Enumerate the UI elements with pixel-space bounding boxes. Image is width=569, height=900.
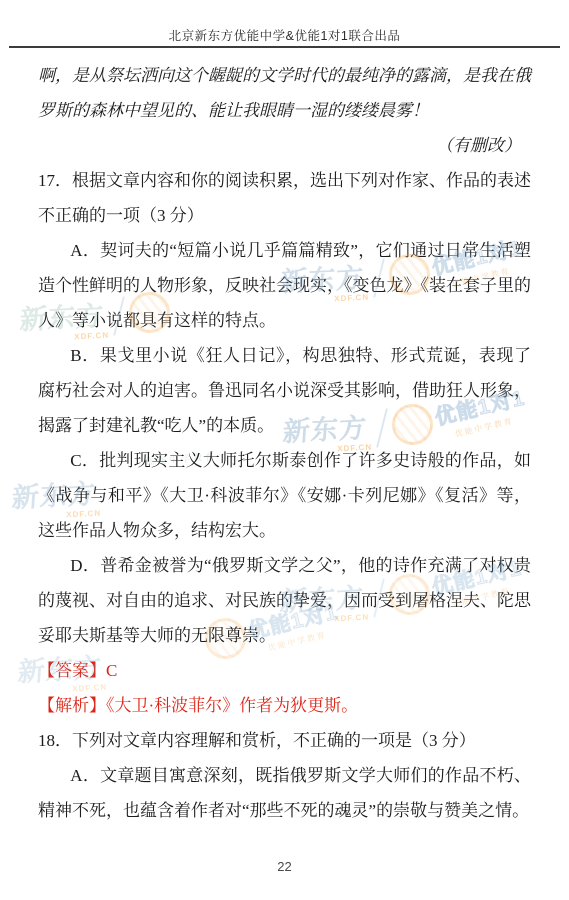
question-17-analysis: 【解析】《大卫·科波菲尔》作者为狄更斯。 <box>38 688 531 723</box>
question-18-stem: 18．下列对文章内容理解和赏析，不正确的一项是（3 分） <box>38 723 531 758</box>
passage-paragraph: 啊，是从祭坛洒向这个龌龊的文学时代的最纯净的露滴，是我在俄罗斯的森林中望见的、能… <box>38 58 531 128</box>
header-divider <box>9 46 560 48</box>
document-content: 啊，是从祭坛洒向这个龌龊的文学时代的最纯净的露滴，是我在俄罗斯的森林中望见的、能… <box>38 58 531 828</box>
question-17-option-c: C．批判现实主义大师托尔斯泰创作了许多史诗般的作品，如《战争与和平》《大卫·科波… <box>38 443 531 548</box>
page-number: 22 <box>0 859 569 874</box>
page-header: 北京新东方优能中学&优能1对1联合出品 <box>0 26 569 44</box>
exam-page: 北京新东方优能中学&优能1对1联合出品 新东方 XDF.CN 优能1对1 优能中… <box>0 0 569 900</box>
question-17-option-d: D．普希金被誉为“俄罗斯文学之父”，他的诗作充满了对权贵的蔑视、对自由的追求、对… <box>38 548 531 653</box>
passage-attribution: （有删改） <box>38 128 531 163</box>
question-17-answer: 【答案】C <box>38 653 531 688</box>
header-title: 北京新东方优能中学&优能1对1联合出品 <box>169 29 401 43</box>
question-17-stem: 17．根据文章内容和你的阅读积累，选出下列对作家、作品的表述不正确的一项（3 分… <box>38 163 531 233</box>
question-18-option-a: A．文章题目寓意深刻，既指俄罗斯文学大师们的作品不朽、精神不死，也蕴含着作者对“… <box>38 758 531 828</box>
question-17-option-a: A．契诃夫的“短篇小说几乎篇篇精致”，它们通过日常生活塑造个性鲜明的人物形象，反… <box>38 233 531 338</box>
question-17-option-b: B．果戈里小说《狂人日记》，构思独特、形式荒诞，表现了腐朽社会对人的迫害。鲁迅同… <box>38 338 531 443</box>
